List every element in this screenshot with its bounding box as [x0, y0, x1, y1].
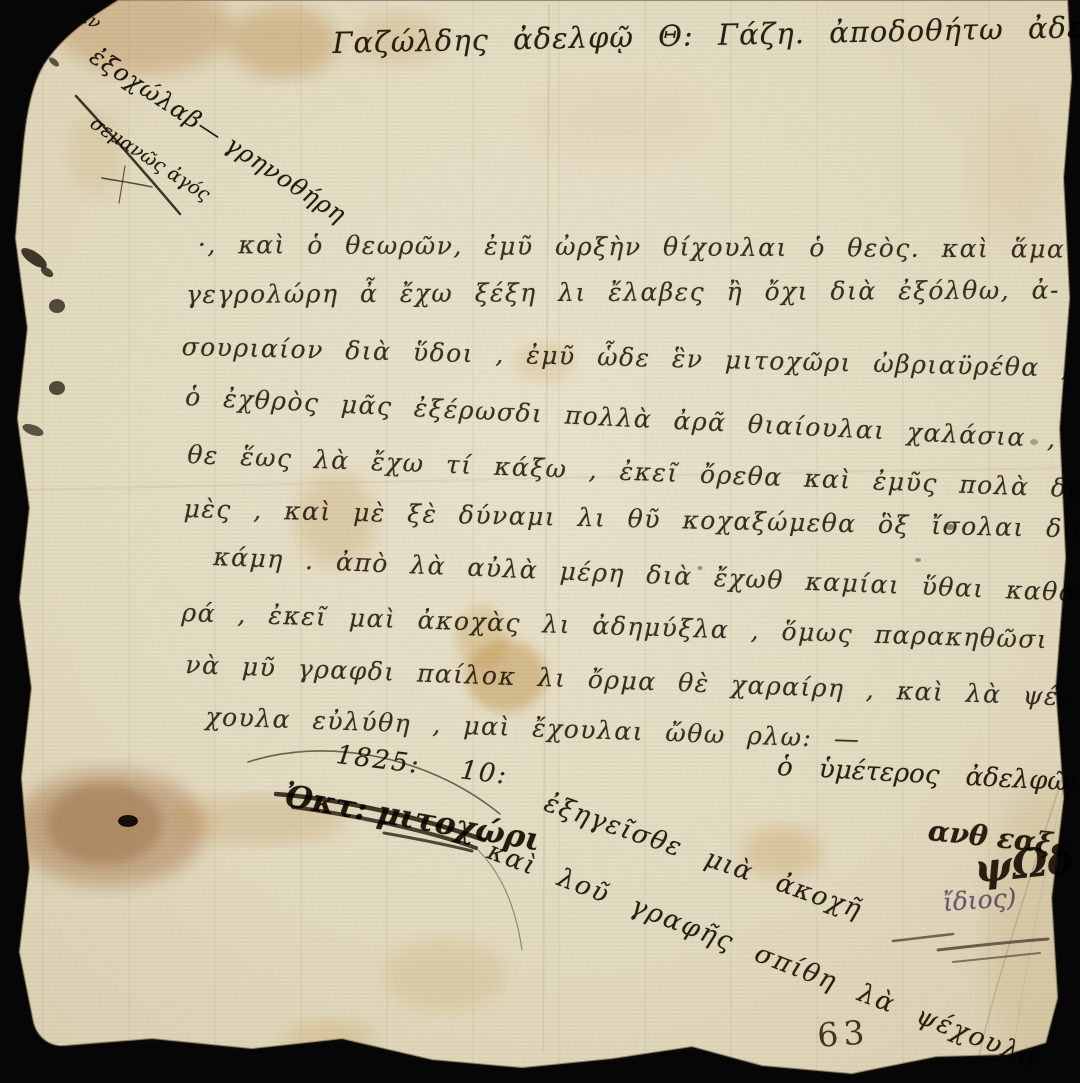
- archive-page-number: 63: [816, 1012, 871, 1055]
- body-line: ·, καὶ ὁ θεωρῶν, ἐμῦ ὠρξὴν θίχουλαι ὁ θε…: [198, 230, 1080, 264]
- idios-note: ἴδιος): [942, 883, 1017, 917]
- body-line: γεγρολώρη ἆ ἔχω ξέξη λι ἔλαβες ἢ ὄχι διὰ…: [186, 275, 1060, 309]
- scanned-letter-page: Γαζώλδης ἀδελφῷ Θ: Γάζη. ἀποδοθήτω ἀδελφ…: [0, 0, 1080, 1083]
